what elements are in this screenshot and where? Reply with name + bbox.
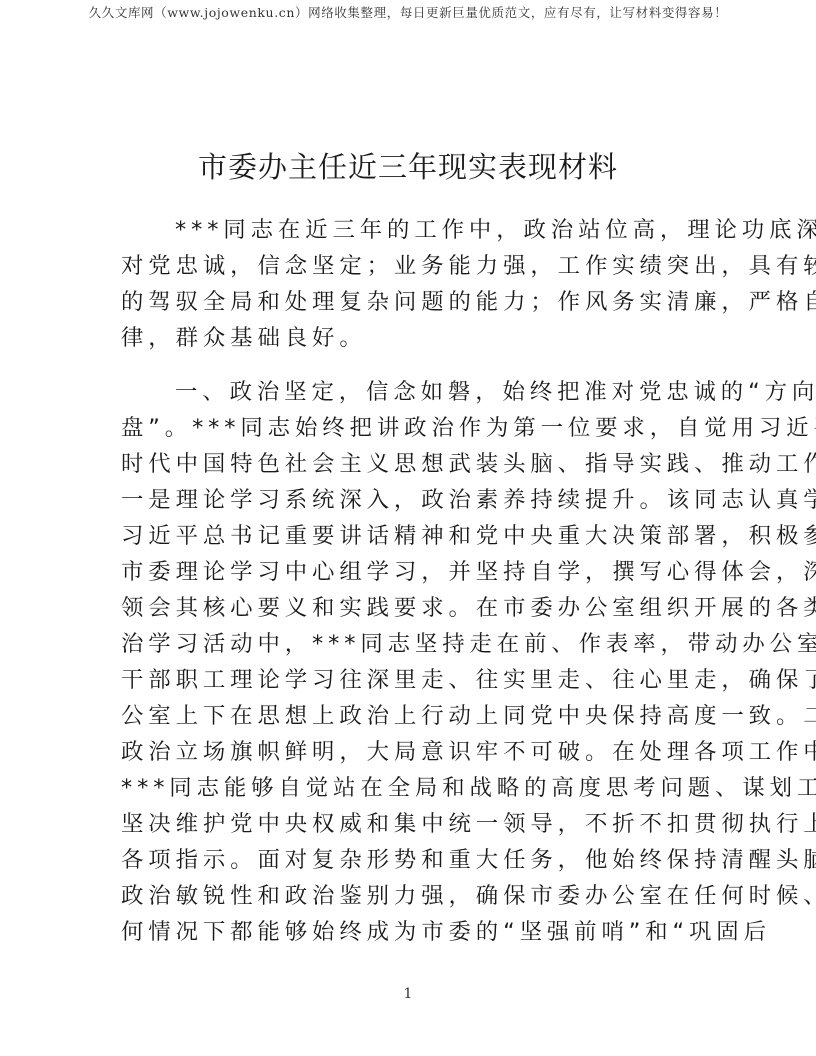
page-title: 市委办主任近三年现实表现材料: [0, 145, 816, 186]
text-line: 政治敏锐性和政治鉴别力强，确保市委办公室在任何时候、任: [121, 878, 699, 914]
text-line: 盘”。***同志始终把讲政治作为第一位要求，自觉用习近平新: [121, 410, 699, 446]
header-banner: 久久文库网（www.jojowenku.cn）网络收集整理，每日更新巨量优质范文…: [0, 3, 816, 21]
text-line: 干部职工理论学习往深里走、往实里走、往心里走，确保了办: [121, 662, 699, 698]
text-line: 对党忠诚，信念坚定；业务能力强，工作实绩突出，具有较强: [121, 248, 699, 284]
section-heading-line: 一、政治坚定，信念如磐，始终把准对党忠诚的“方向: [121, 374, 699, 410]
text-line: 领会其核心要义和实践要求。在市委办公室组织开展的各类政: [121, 590, 699, 626]
text-line: 律，群众基础良好。: [121, 320, 699, 356]
text-line: 时代中国特色社会主义思想武装头脑、指导实践、推动工作。: [121, 446, 699, 482]
text-line: ***同志能够自觉站在全局和战略的高度思考问题、谋划工作，: [121, 770, 699, 806]
paragraph-section-1: 一、政治坚定，信念如磐，始终把准对党忠诚的“方向 盘”。***同志始终把讲政治作…: [121, 374, 699, 950]
text-line: 习近平总书记重要讲话精神和党中央重大决策部署，积极参加: [121, 518, 699, 554]
text-line: 政治立场旗帜鲜明，大局意识牢不可破。在处理各项工作中，: [121, 734, 699, 770]
text-line: 一是理论学习系统深入，政治素养持续提升。该同志认真学习: [121, 482, 699, 518]
page-number: 1: [0, 986, 816, 1002]
text-line: 公室上下在思想上政治上行动上同党中央保持高度一致。二是: [121, 698, 699, 734]
paragraph-intro: ***同志在近三年的工作中，政治站位高，理论功底深， 对党忠诚，信念坚定；业务能…: [121, 212, 699, 356]
text-line: 的驾驭全局和处理复杂问题的能力；作风务实清廉，严格自: [121, 284, 699, 320]
text-line: 坚决维护党中央权威和集中统一领导，不折不扣贯彻执行上级: [121, 806, 699, 842]
text-line: 各项指示。面对复杂形势和重大任务，他始终保持清醒头脑，: [121, 842, 699, 878]
text-line: 治学习活动中，***同志坚持走在前、作表率，带动办公室全体: [121, 626, 699, 662]
text-line: 何情况下都能够始终成为市委的“坚强前哨”和“巩固后: [121, 914, 699, 950]
text-line: ***同志在近三年的工作中，政治站位高，理论功底深，: [121, 212, 699, 248]
text-line: 市委理论学习中心组学习，并坚持自学，撰写心得体会，深刻: [121, 554, 699, 590]
